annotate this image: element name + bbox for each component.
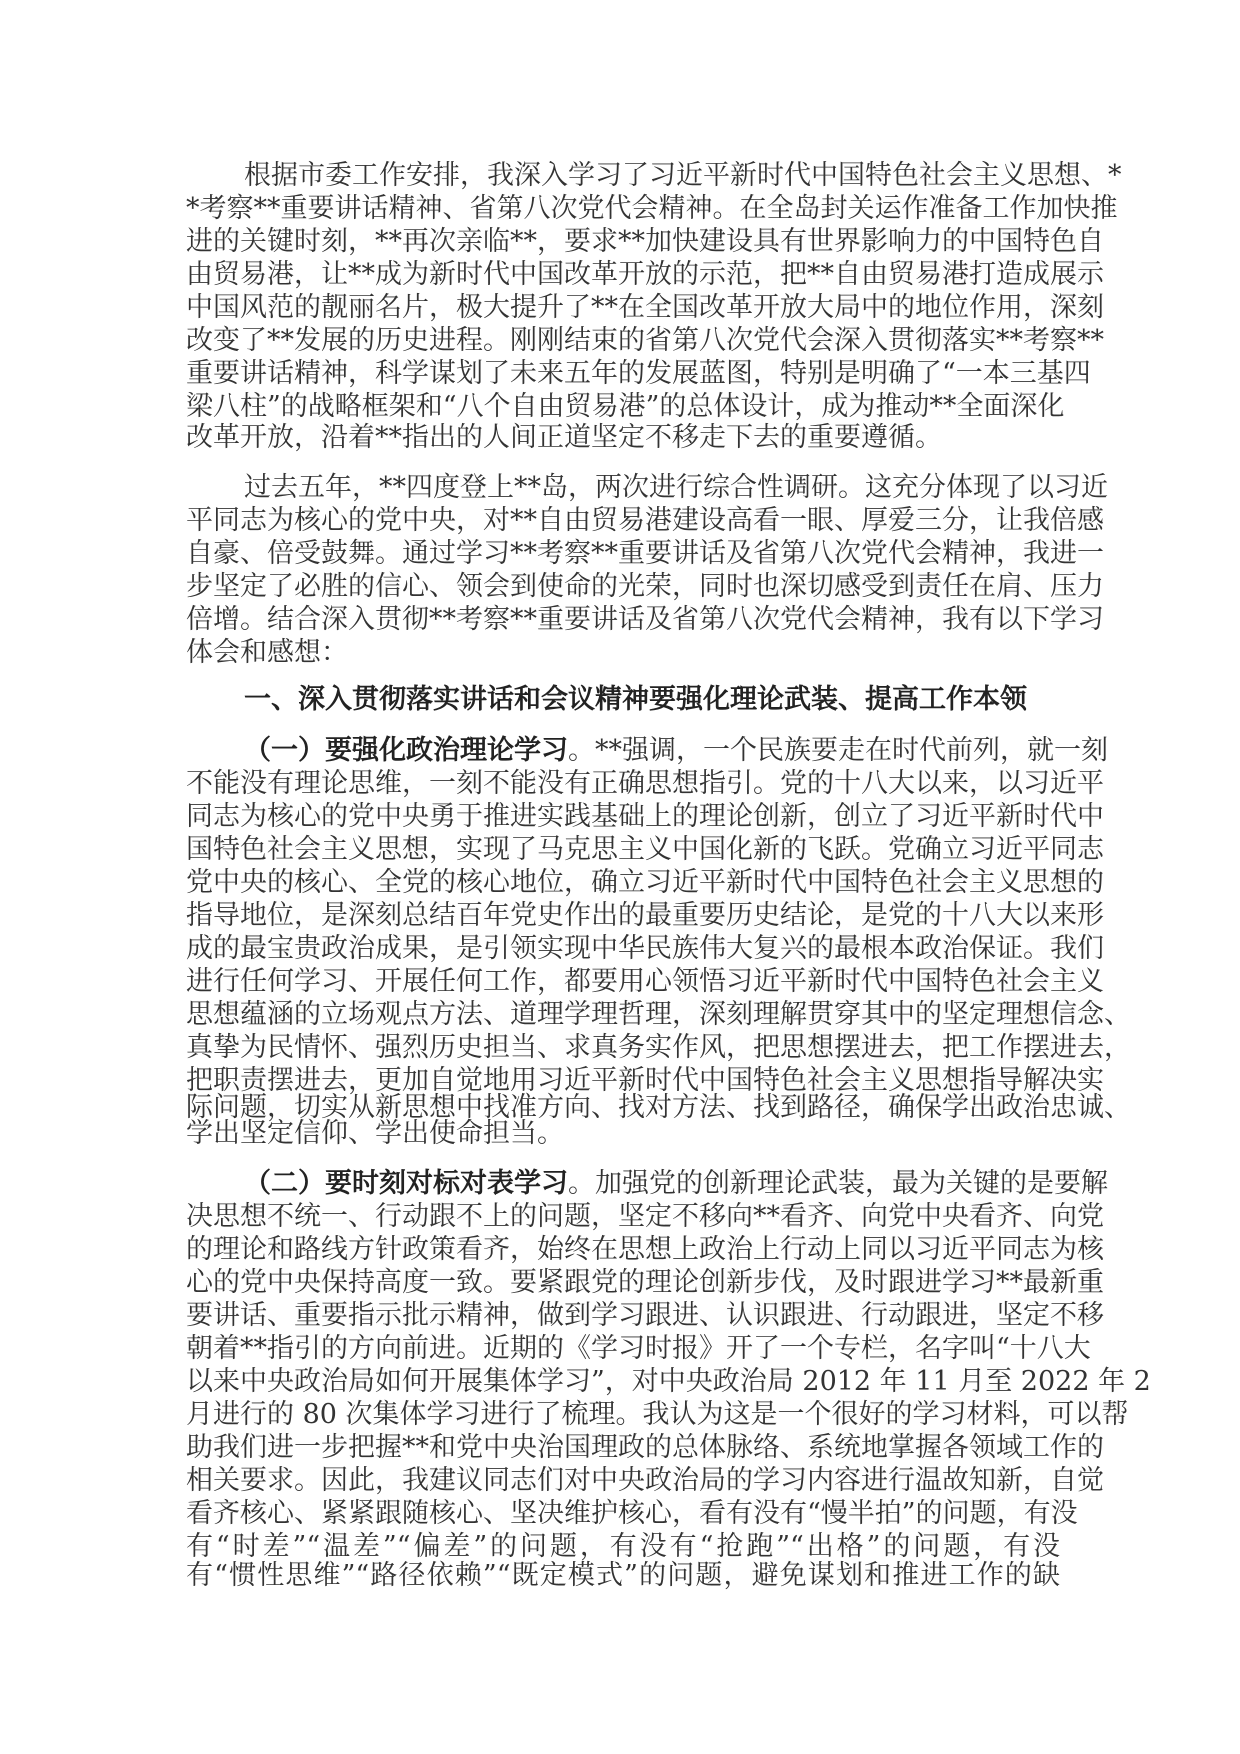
text-line: 体会和感想： xyxy=(186,636,1060,669)
text-line: 党中央的核心、全党的核心地位，确立习近平新时代中国特色社会主义思想的 xyxy=(186,866,1060,899)
text-line: 国特色社会主义思想，实现了马克思主义中国化新的飞跃。党确立习近平同志 xyxy=(186,833,1060,866)
document-page: 根据市委工作安排，我深入学习了习近平新时代中国特色社会主义思想、* *考察**重… xyxy=(0,0,1240,1754)
text-run: 。加强党的创新理论武装，最为关键的是要解 xyxy=(568,1168,1108,1199)
text-line: 成的最宝贵政治成果，是引领实现中华民族伟大复兴的最根本政治保证。我们 xyxy=(186,932,1060,965)
text-line: 重要讲话精神，科学谋划了未来五年的发展蓝图，特别是明确了“一本三基四 xyxy=(186,357,1060,390)
text-line: 学出坚定信仰、学出使命担当。 xyxy=(186,1117,1060,1150)
text-line: 中国风范的靓丽名片，极大提升了**在全国改革开放大局中的地位作用，深刻 xyxy=(186,291,1060,324)
text-line: *考察**重要讲话精神、省第八次党代会精神。在全岛封关运作准备工作加快推 xyxy=(186,192,1060,225)
text-line: 改革开放，沿着**指出的人间正道坚定不移走下去的重要遵循。 xyxy=(186,421,1060,454)
text-line: 要讲话、重要指示批示精神，做到学习跟进、认识跟进、行动跟进，坚定不移 xyxy=(186,1299,1060,1332)
subsection-title: （一）要强化政治理论学习 xyxy=(244,735,568,766)
text-line: 进行任何学习、开展任何工作，都要用心领悟习近平新时代中国特色社会主义 xyxy=(186,965,1060,998)
text-line: 以来中央政治局如何开展集体学习”，对中央政治局 2012 年 11 月至 202… xyxy=(186,1365,1060,1398)
text-line: 看齐核心、紧紧跟随核心、坚决维护核心，看有没有“慢半拍”的问题，有没 xyxy=(186,1497,1060,1530)
text-line: 月进行的 80 次集体学习进行了梳理。我认为这是一个很好的学习材料，可以帮 xyxy=(186,1398,1060,1431)
text-line: 心的党中央保持高度一致。要紧跟党的理论创新步伐，及时跟进学习**最新重 xyxy=(186,1266,1060,1299)
text-line: 相关要求。因此，我建议同志们对中央政治局的学习内容进行温故知新，自觉 xyxy=(186,1464,1060,1497)
text-line: （二）要时刻对标对表学习。加强党的创新理论武装，最为关键的是要解 xyxy=(244,1167,1060,1200)
text-line: 平同志为核心的党中央，对**自由贸易港建设高看一眼、厚爱三分，让我倍感 xyxy=(186,504,1060,537)
text-line: 思想蕴涵的立场观点方法、道理学理哲理，深刻理解贯穿其中的坚定理想信念、 xyxy=(186,998,1060,1031)
text-line: 助我们进一步把握**和党中央治国理政的总体脉络、系统地掌握各领域工作的 xyxy=(186,1431,1060,1464)
text-line: 步坚定了必胜的信心、领会到使命的光荣，同时也深切感受到责任在肩、压力 xyxy=(186,570,1060,603)
text-run: 。**强调，一个民族要走在时代前列，就一刻 xyxy=(568,735,1108,766)
text-line: 决思想不统一、行动跟不上的问题，坚定不移向**看齐、向党中央看齐、向党 xyxy=(186,1200,1060,1233)
text-line: 指导地位，是深刻总结百年党史作出的最重要历史结论，是党的十八大以来形 xyxy=(186,899,1060,932)
text-line: 根据市委工作安排，我深入学习了习近平新时代中国特色社会主义思想、* xyxy=(244,159,1060,192)
text-line: 梁八柱”的战略框架和“八个自由贸易港”的总体设计，成为推动**全面深化 xyxy=(186,390,1060,423)
text-line: 过去五年，**四度登上**岛，两次进行综合性调研。这充分体现了以习近 xyxy=(244,471,1060,504)
text-line: 由贸易港，让**成为新时代中国改革开放的示范，把**自由贸易港打造成展示 xyxy=(186,258,1060,291)
text-line: 倍增。结合深入贯彻**考察**重要讲话及省第八次党代会精神，我有以下学习 xyxy=(186,603,1060,636)
text-line: 不能没有理论思维，一刻不能没有正确思想指引。党的十八大以来，以习近平 xyxy=(186,767,1060,800)
text-line: 的理论和路线方针政策看齐，始终在思想上政治上行动上同以习近平同志为核 xyxy=(186,1233,1060,1266)
text-line: 朝着**指引的方向前进。近期的《学习时报》开了一个专栏，名字叫“十八大 xyxy=(186,1332,1060,1365)
text-line: 有“惯性思维”“路径依赖”“既定模式”的问题，避免谋划和推进工作的缺 xyxy=(186,1559,1060,1592)
text-line: 改变了**发展的历史进程。刚刚结束的省第八次党代会深入贯彻落实**考察** xyxy=(186,324,1060,357)
text-line: 真挚为民情怀、强烈历史担当、求真务实作风，把思想摆进去，把工作摆进去， xyxy=(186,1031,1060,1064)
text-line: （一）要强化政治理论学习。**强调，一个民族要走在时代前列，就一刻 xyxy=(244,734,1060,767)
text-line: 自豪、倍受鼓舞。通过学习**考察**重要讲话及省第八次党代会精神，我进一 xyxy=(186,537,1060,570)
text-line: 同志为核心的党中央勇于推进实践基础上的理论创新，创立了习近平新时代中 xyxy=(186,800,1060,833)
section-heading: 一、深入贯彻落实讲话和会议精神要强化理论武装、提高工作本领 xyxy=(244,683,1027,717)
subsection-title: （二）要时刻对标对表学习 xyxy=(244,1168,568,1199)
text-line: 进的关键时刻，**再次亲临**，要求**加快建设具有世界影响力的中国特色自 xyxy=(186,225,1060,258)
